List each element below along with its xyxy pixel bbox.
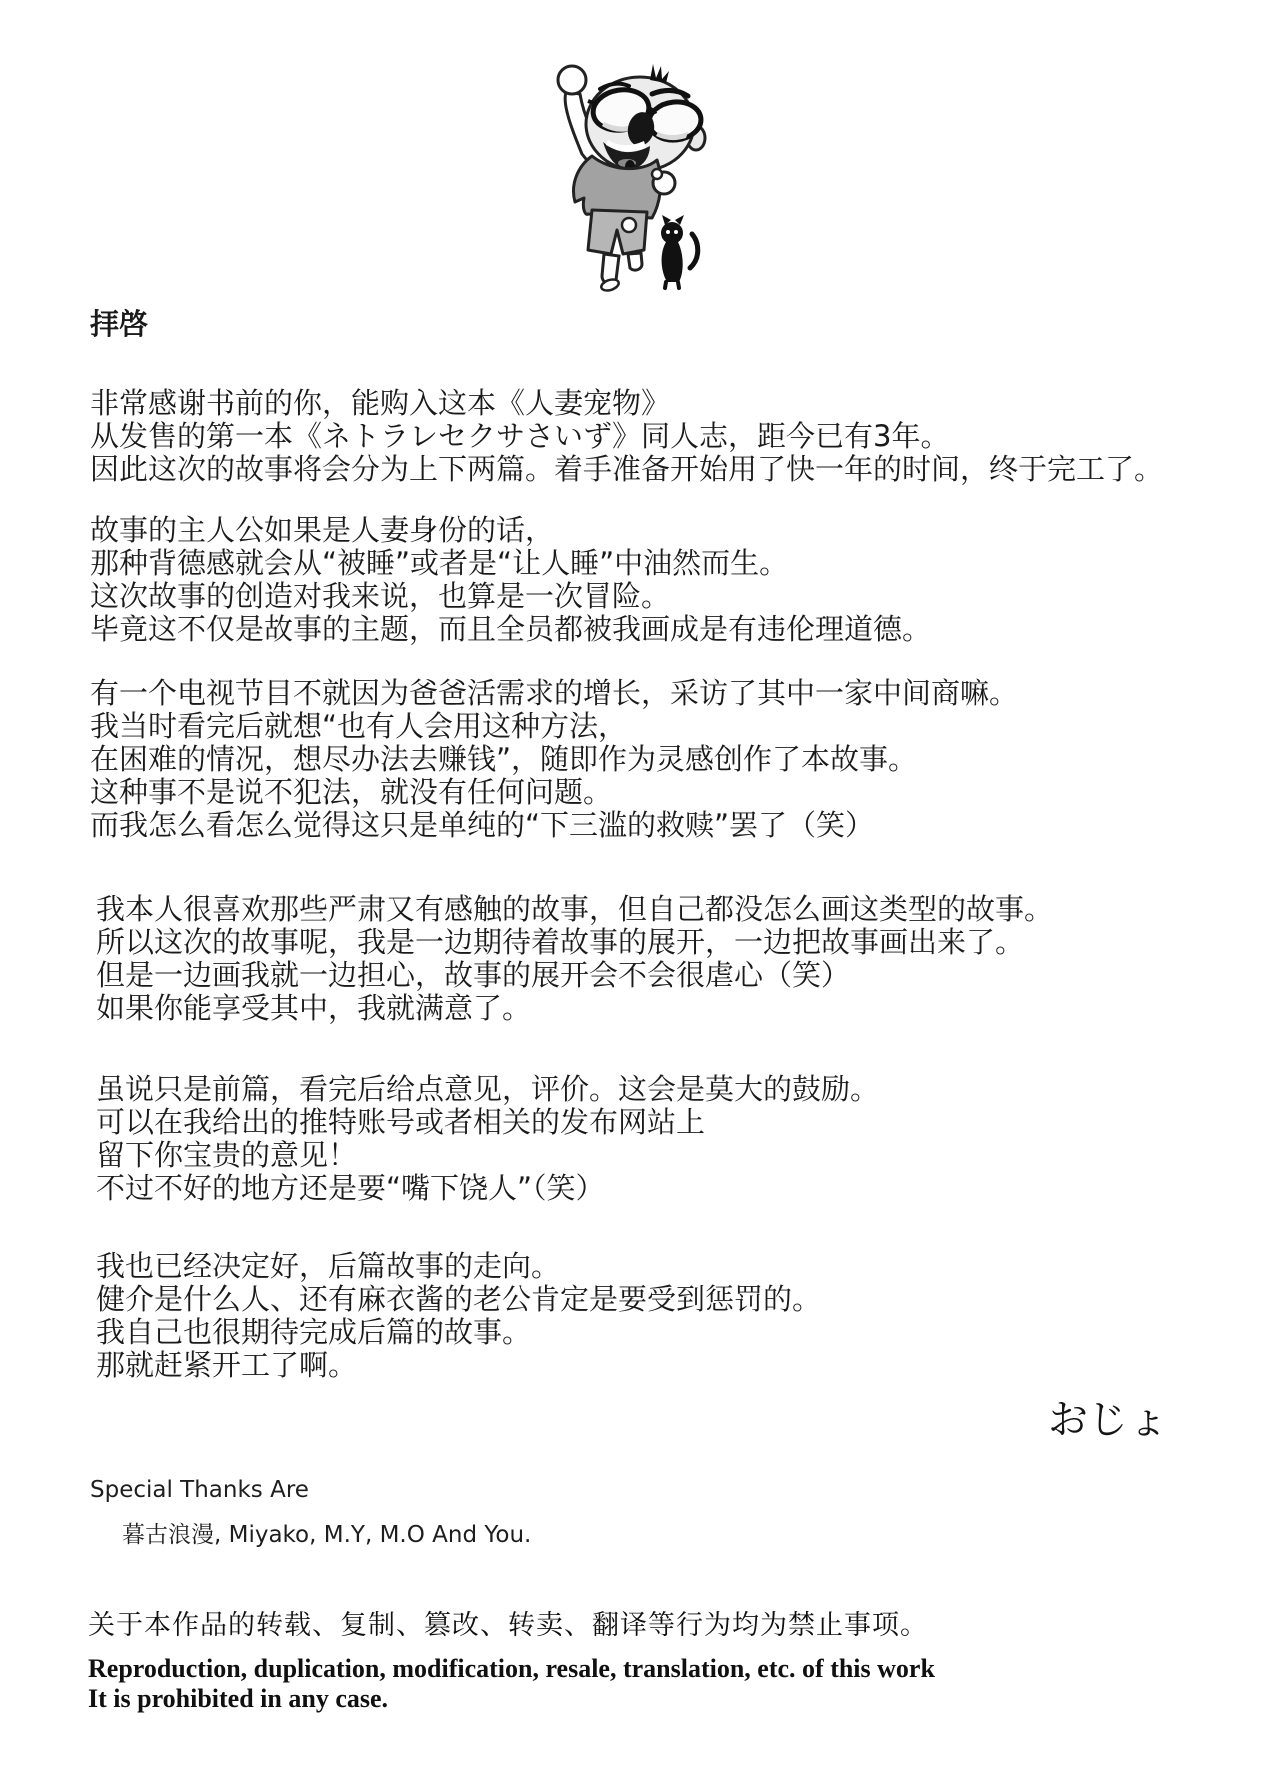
special-thanks-names: 暮古浪漫, Miyako, M.Y, M.O And You. xyxy=(122,1521,531,1549)
letter-paragraph: 故事的主人公如果是人妻身份的话，那种背德感就会从“被睡”或者是“让人睡”中油然而… xyxy=(90,514,1230,646)
cat-body xyxy=(662,242,683,282)
letter-line: 不过不好的地方还是要“嘴下饶人”（笑） xyxy=(96,1172,1230,1205)
copyright-notice-en-line2: It is prohibited in any case. xyxy=(88,1684,935,1714)
letter-line: 那就赶紧开工了啊。 xyxy=(96,1349,1230,1382)
copyright-notice-zh: 关于本作品的转载、复制、篡改、转卖、翻译等行为均为禁止事项。 xyxy=(88,1608,935,1642)
letter-line: 所以这次的故事呢，我是一边期待着故事的展开，一边把故事画出来了。 xyxy=(96,926,1230,959)
letter-line: 留下你宝贵的意见！ xyxy=(96,1139,1230,1172)
letter-line: 健介是什么人、还有麻衣酱的老公肯定是要受到惩罚的。 xyxy=(96,1283,1230,1316)
letter-line: 我本人很喜欢那些严肃又有感触的故事，但自己都没怎么画这类型的故事。 xyxy=(96,893,1230,926)
mascot-hair-tuft xyxy=(650,64,669,83)
letter-line: 我当时看完后就想“也有人会用这种方法， xyxy=(90,710,1230,743)
letter-line: 我也已经决定好，后篇故事的走向。 xyxy=(96,1250,1230,1283)
mascot-thumb xyxy=(652,169,662,179)
letter-line: 如果你能享受其中，我就满意了。 xyxy=(96,992,1230,1025)
afterword-letter: 拝啓 非常感谢书前的你，能购入这本《人妻宠物》从发售的第一本《ネトラレセクサさい… xyxy=(90,308,1230,1382)
author-signature: おじょ xyxy=(1048,1396,1168,1444)
letter-paragraph: 有一个电视节目不就因为爸爸活需求的增长，采访了其中一家中间商嘛。我当时看完后就想… xyxy=(90,677,1230,842)
mascot-shorts xyxy=(588,210,647,254)
letter-line: 非常感谢书前的你，能购入这本《人妻宠物》 xyxy=(90,387,1230,420)
afterword-page: 拝啓 非常感谢书前的你，能购入这本《人妻宠物》从发售的第一本《ネトラレセクサさい… xyxy=(0,0,1280,1790)
letter-line: 有一个电视节目不就因为爸爸活需求的增长，采访了其中一家中间商嘛。 xyxy=(90,677,1230,710)
letter-paragraph: 非常感谢书前的你，能购入这本《人妻宠物》从发售的第一本《ネトラレセクサさいず》同… xyxy=(90,387,1230,486)
letter-line: 虽说只是前篇，看完后给点意见，评价。这会是莫大的鼓励。 xyxy=(96,1073,1230,1106)
special-thanks-section: Special Thanks Are 暮古浪漫, Miyako, M.Y, M.… xyxy=(90,1476,531,1549)
letter-line: 那种背德感就会从“被睡”或者是“让人睡”中油然而生。 xyxy=(90,547,1230,580)
letter-line: 在困难的情况，想尽办法去赚钱”，随即作为灵感创作了本故事。 xyxy=(90,743,1230,776)
cat-tail xyxy=(690,234,698,268)
mascot-leg-right xyxy=(628,253,642,270)
letter-salutation: 拝啓 xyxy=(90,308,1230,341)
cat-eye-left xyxy=(666,230,670,234)
black-cat-illustration xyxy=(661,215,698,288)
letter-paragraph: 虽说只是前篇，看完后给点意见，评价。这会是莫大的鼓励。可以在我给出的推特账号或者… xyxy=(90,1073,1230,1205)
author-mascot-illustration xyxy=(500,42,722,294)
letter-line: 故事的主人公如果是人妻身份的话， xyxy=(90,514,1230,547)
copyright-notice-en-line1: Reproduction, duplication, modification,… xyxy=(88,1654,935,1684)
letter-paragraph: 我本人很喜欢那些严肃又有感触的故事，但自己都没怎么画这类型的故事。所以这次的故事… xyxy=(90,893,1230,1025)
copyright-notice-en: Reproduction, duplication, modification,… xyxy=(88,1654,935,1714)
letter-line: 但是一边画我就一边担心，故事的展开会不会很虐心（笑） xyxy=(96,959,1230,992)
letter-line: 因此这次的故事将会分为上下两篇。着手准备开始用了快一年的时间，终于完工了。 xyxy=(90,453,1230,486)
mascot-glasses-temple xyxy=(588,101,596,104)
mascot-raised-fist xyxy=(558,66,586,94)
letter-line: 毕竟这不仅是故事的主题，而且全员都被我画成是有违伦理道德。 xyxy=(90,613,1230,646)
letter-line: 这种事不是说不犯法，就没有任何问题。 xyxy=(90,776,1230,809)
letter-line: 可以在我给出的推特账号或者相关的发布网站上 xyxy=(96,1106,1230,1139)
letter-line: 我自己也很期待完成后篇的故事。 xyxy=(96,1316,1230,1349)
letter-paragraph: 我也已经决定好，后篇故事的走向。健介是什么人、还有麻衣酱的老公肯定是要受到惩罚的… xyxy=(90,1250,1230,1382)
cat-head xyxy=(661,222,683,244)
mascot-left-hand xyxy=(622,218,636,232)
letter-line: 而我怎么看怎么觉得这只是单纯的“下三滥的救赎”罢了（笑） xyxy=(90,809,1230,842)
letter-line: 这次故事的创造对我来说，也算是一次冒险。 xyxy=(90,580,1230,613)
cat-eye-right xyxy=(674,230,678,234)
letter-paragraphs: 非常感谢书前的你，能购入这本《人妻宠物》从发售的第一本《ネトラレセクサさいず》同… xyxy=(90,387,1230,1382)
cat-legs xyxy=(665,282,679,288)
letter-line: 从发售的第一本《ネトラレセクサさいず》同人志，距今已有3年。 xyxy=(90,420,1230,453)
copyright-notice: 关于本作品的转载、复制、篡改、转卖、翻译等行为均为禁止事项。 Reproduct… xyxy=(88,1608,935,1714)
special-thanks-heading: Special Thanks Are xyxy=(90,1476,531,1504)
